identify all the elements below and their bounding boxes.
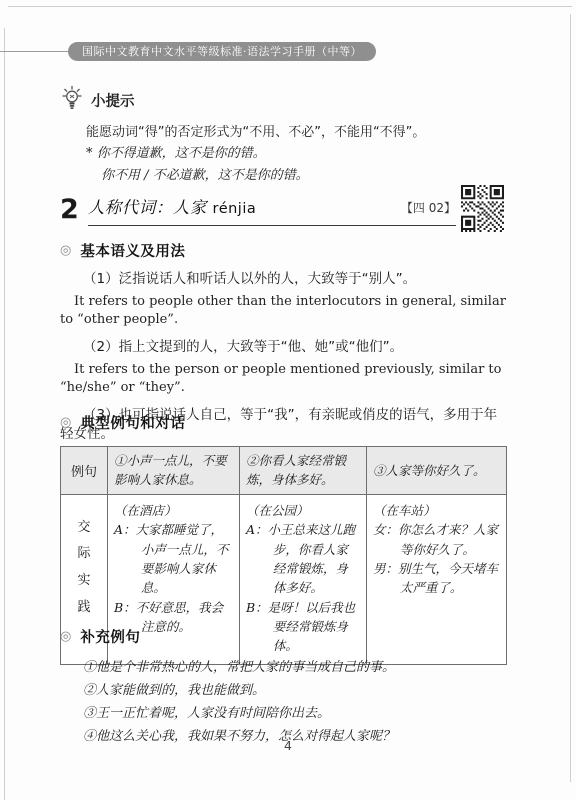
page-number: 4 [0, 738, 576, 753]
supplement-section: ◎ 补充例句 ①他是个非常热心的人，常把人家的事当成自己的事。 ②人家能做到的，… [60, 626, 510, 749]
qr-code-icon [461, 184, 504, 233]
usage-item-1-en: It refers to people other than the inter… [60, 293, 510, 329]
tip-block: 小提示 能愿动词“得”的否定形式为“不用、不必”，不能用“不得”。 * 你不得道… [60, 85, 510, 186]
example-cell-3: ③人家等你好久了。 [367, 447, 507, 495]
tip-rule-text: 能愿动词“得”的否定形式为“不用、不必”，不能用“不得”。 [86, 122, 510, 143]
section-title: 人称代词：人家 rénjia [88, 194, 256, 218]
usage-heading: ◎ 基本语义及用法 [60, 240, 510, 261]
page-edge-top [8, 6, 572, 7]
scene-label: （在车站） [373, 501, 500, 520]
tip-correct-example: 你不用 / 不必道歉，这不是你的错。 [101, 165, 510, 186]
dialogue-line-a: A：大家都睡觉了，小声一点儿，不要影响人家休息。 [114, 520, 233, 598]
running-header: 国际中文教育中文水平等级标准·语法学习手册（中等） [0, 42, 576, 62]
tip-title: 小提示 [91, 90, 135, 111]
book-page: 国际中文教育中文水平等级标准·语法学习手册（中等） [0, 0, 576, 800]
usage-item-2-zh: （2）指上文提到的人，大致等于“他、她”或“他们”。 [60, 338, 510, 358]
table-row-examples: 例句 ①小声一点儿，不要影响人家休息。 ②你看人家经常锻炼，身体多好。 ③人家等… [61, 447, 507, 495]
dialogue-line-a: A：小王总来这儿跑步，你看人家经常锻炼，身体多好。 [246, 520, 360, 598]
usage-item-1-zh: （1）泛指说话人和听话人以外的人，大致等于“别人”。 [60, 270, 510, 290]
running-header-title: 国际中文教育中文水平等级标准·语法学习手册（中等） [68, 42, 376, 61]
section-title-pinyin: rénjia [213, 201, 257, 217]
section-audio-marker: 【四 02】 [401, 199, 456, 218]
ring-bullet-icon: ◎ [60, 244, 71, 257]
supplement-heading: ◎ 补充例句 [60, 626, 510, 647]
section-title-zh: 人称代词：人家 [88, 198, 213, 217]
supplement-item-2: ②人家能做到的，我也能做到。 [83, 679, 510, 702]
running-header-rule [0, 51, 70, 52]
typical-heading: ◎ 典型例句和对话 [60, 412, 510, 433]
page-edge-right [570, 14, 571, 782]
scene-label: （在酒店） [114, 501, 233, 520]
dialogue-line-a: 女：你怎么才来？人家等你好久了。 [373, 520, 500, 559]
example-cell-1: ①小声一点儿，不要影响人家休息。 [108, 447, 240, 495]
scene-label: （在公园） [246, 501, 360, 520]
dialogue-line-b: 男：别生气，今天堵车太严重了。 [373, 559, 500, 598]
ring-bullet-icon: ◎ [60, 630, 71, 643]
supplement-heading-text: 补充例句 [80, 626, 140, 647]
example-cell-2: ②你看人家经常锻炼，身体多好。 [240, 447, 367, 495]
page-edge-left [4, 28, 5, 800]
section-heading: 2 人称代词：人家 rénjia 【四 02】 [60, 194, 456, 226]
ring-bullet-icon: ◎ [60, 416, 71, 429]
tip-wrong-example: * 你不得道歉，这不是你的错。 [86, 143, 510, 164]
supplement-item-1: ①他是个非常热心的人，常把人家的事当成自己的事。 [83, 656, 510, 679]
typical-heading-text: 典型例句和对话 [80, 412, 185, 433]
section-number: 2 [60, 196, 88, 226]
supplement-item-3: ③王一正忙着呢，人家没有时间陪你出去。 [83, 702, 510, 725]
lightbulb-icon [60, 85, 84, 116]
usage-item-2-en: It refers to the person or people mentio… [60, 361, 510, 397]
row-label-examples: 例句 [61, 447, 108, 495]
usage-heading-text: 基本语义及用法 [80, 240, 185, 261]
